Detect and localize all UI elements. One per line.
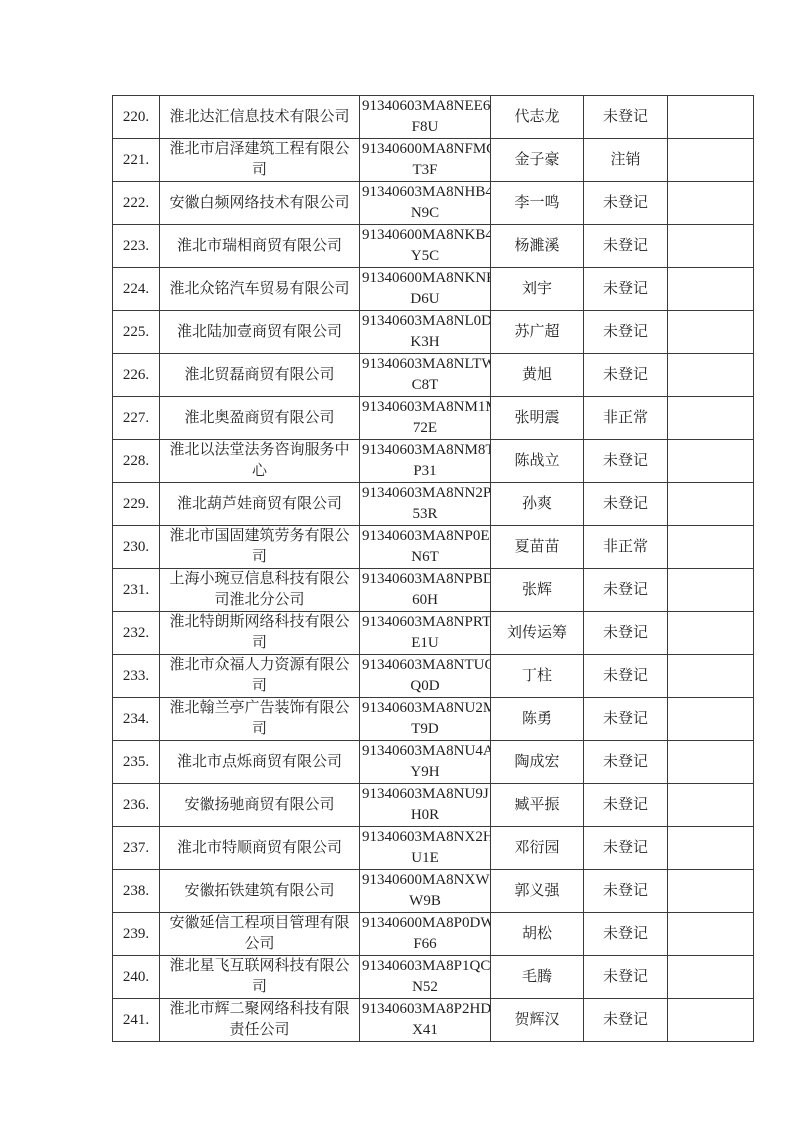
- person-name-cell: 张明震: [491, 397, 584, 440]
- status-cell: 未登记: [584, 784, 668, 827]
- credit-code-cell: 91340600MA8NXW9 W9B: [360, 870, 491, 913]
- table-row: 234. 淮北翰兰亭广告装饰有限公 司 91340603MA8NU2M T9D …: [113, 698, 754, 741]
- person-name-cell: 陈战立: [491, 440, 584, 483]
- remark-cell: [668, 311, 754, 354]
- table-body: 220. 淮北达汇信息技术有限公司 91340603MA8NEE6 F8U 代志…: [113, 96, 754, 1042]
- remark-cell: [668, 354, 754, 397]
- person-name-cell: 丁柱: [491, 655, 584, 698]
- table-row: 233. 淮北市众福人力资源有限公 司 91340603MA8NTUQ Q0D …: [113, 655, 754, 698]
- credit-code-cell: 91340603MA8NU9J H0R: [360, 784, 491, 827]
- status-cell: 未登记: [584, 440, 668, 483]
- row-number-cell: 238.: [113, 870, 160, 913]
- status-cell: 未登记: [584, 698, 668, 741]
- person-name-cell: 刘传运筹: [491, 612, 584, 655]
- credit-code-cell: 91340600MA8NKNF D6U: [360, 268, 491, 311]
- registry-table: 220. 淮北达汇信息技术有限公司 91340603MA8NEE6 F8U 代志…: [112, 95, 754, 1042]
- credit-code-cell: 91340600MA8NKB4 Y5C: [360, 225, 491, 268]
- remark-cell: [668, 268, 754, 311]
- row-number-cell: 224.: [113, 268, 160, 311]
- remark-cell: [668, 440, 754, 483]
- row-number-cell: 234.: [113, 698, 160, 741]
- row-number-cell: 230.: [113, 526, 160, 569]
- credit-code-cell: 91340600MA8NFMG T3F: [360, 139, 491, 182]
- remark-cell: [668, 526, 754, 569]
- status-cell: 未登记: [584, 741, 668, 784]
- table-row: 231. 上海小琬豆信息科技有限公 司淮北分公司 91340603MA8NPBD…: [113, 569, 754, 612]
- table-row: 235. 淮北市点烁商贸有限公司 91340603MA8NU4A Y9H 陶成宏…: [113, 741, 754, 784]
- remark-cell: [668, 999, 754, 1042]
- person-name-cell: 陈勇: [491, 698, 584, 741]
- row-number-cell: 240.: [113, 956, 160, 999]
- row-number-cell: 237.: [113, 827, 160, 870]
- credit-code-cell: 91340603MA8NX2H U1E: [360, 827, 491, 870]
- remark-cell: [668, 913, 754, 956]
- company-name-cell: 淮北翰兰亭广告装饰有限公 司: [160, 698, 360, 741]
- remark-cell: [668, 784, 754, 827]
- remark-cell: [668, 225, 754, 268]
- row-number-cell: 239.: [113, 913, 160, 956]
- company-name-cell: 淮北市辉二聚网络科技有限 责任公司: [160, 999, 360, 1042]
- status-cell: 未登记: [584, 182, 668, 225]
- credit-code-cell: 91340603MA8NLTW C8T: [360, 354, 491, 397]
- company-name-cell: 淮北市启泽建筑工程有限公 司: [160, 139, 360, 182]
- credit-code-cell: 91340603MA8NPRT E1U: [360, 612, 491, 655]
- credit-code-cell: 91340603MA8NTUQ Q0D: [360, 655, 491, 698]
- company-name-cell: 淮北达汇信息技术有限公司: [160, 96, 360, 139]
- table-row: 238. 安徽拓铁建筑有限公司 91340600MA8NXW9 W9B 郭义强 …: [113, 870, 754, 913]
- credit-code-cell: 91340603MA8NL0D K3H: [360, 311, 491, 354]
- person-name-cell: 苏广超: [491, 311, 584, 354]
- company-name-cell: 淮北众铭汽车贸易有限公司: [160, 268, 360, 311]
- credit-code-cell: 91340603MA8NPBD 60H: [360, 569, 491, 612]
- person-name-cell: 金子豪: [491, 139, 584, 182]
- table-row: 236. 安徽扬驰商贸有限公司 91340603MA8NU9J H0R 臧平振 …: [113, 784, 754, 827]
- credit-code-cell: 91340603MA8P2HD X41: [360, 999, 491, 1042]
- person-name-cell: 胡松: [491, 913, 584, 956]
- person-name-cell: 李一鸣: [491, 182, 584, 225]
- status-cell: 非正常: [584, 526, 668, 569]
- company-name-cell: 淮北市点烁商贸有限公司: [160, 741, 360, 784]
- remark-cell: [668, 397, 754, 440]
- table-row: 227. 淮北奥盈商贸有限公司 91340603MA8NM1M 72E 张明震 …: [113, 397, 754, 440]
- status-cell: 未登记: [584, 268, 668, 311]
- table-row: 241. 淮北市辉二聚网络科技有限 责任公司 91340603MA8P2HD X…: [113, 999, 754, 1042]
- company-name-cell: 淮北市众福人力资源有限公 司: [160, 655, 360, 698]
- person-name-cell: 陶成宏: [491, 741, 584, 784]
- credit-code-cell: 91340603MA8NHB4 N9C: [360, 182, 491, 225]
- remark-cell: [668, 698, 754, 741]
- table-row: 222. 安徽白频网络技术有限公司 91340603MA8NHB4 N9C 李一…: [113, 182, 754, 225]
- person-name-cell: 孙爽: [491, 483, 584, 526]
- person-name-cell: 邓衍园: [491, 827, 584, 870]
- person-name-cell: 张辉: [491, 569, 584, 612]
- row-number-cell: 223.: [113, 225, 160, 268]
- status-cell: 未登记: [584, 483, 668, 526]
- table-row: 239. 安徽延信工程项目管理有限 公司 91340600MA8P0DW F66…: [113, 913, 754, 956]
- table-row: 225. 淮北陆加壹商贸有限公司 91340603MA8NL0D K3H 苏广超…: [113, 311, 754, 354]
- remark-cell: [668, 956, 754, 999]
- row-number-cell: 229.: [113, 483, 160, 526]
- credit-code-cell: 91340603MA8NM1M 72E: [360, 397, 491, 440]
- company-name-cell: 淮北贸磊商贸有限公司: [160, 354, 360, 397]
- remark-cell: [668, 655, 754, 698]
- table-row: 228. 淮北以法堂法务咨询服务中 心 91340603MA8NM8T P31 …: [113, 440, 754, 483]
- remark-cell: [668, 96, 754, 139]
- remark-cell: [668, 827, 754, 870]
- status-cell: 非正常: [584, 397, 668, 440]
- table-row: 229. 淮北葫芦娃商贸有限公司 91340603MA8NN2P 53R 孙爽 …: [113, 483, 754, 526]
- person-name-cell: 代志龙: [491, 96, 584, 139]
- company-name-cell: 淮北市国固建筑劳务有限公 司: [160, 526, 360, 569]
- credit-code-cell: 91340603MA8NU2M T9D: [360, 698, 491, 741]
- table-row: 221. 淮北市启泽建筑工程有限公 司 91340600MA8NFMG T3F …: [113, 139, 754, 182]
- table-row: 240. 淮北星飞互联网科技有限公 司 91340603MA8P1QC N52 …: [113, 956, 754, 999]
- remark-cell: [668, 870, 754, 913]
- credit-code-cell: 91340603MA8NU4A Y9H: [360, 741, 491, 784]
- company-name-cell: 安徽扬驰商贸有限公司: [160, 784, 360, 827]
- person-name-cell: 毛腾: [491, 956, 584, 999]
- credit-code-cell: 91340603MA8P1QC N52: [360, 956, 491, 999]
- row-number-cell: 231.: [113, 569, 160, 612]
- status-cell: 未登记: [584, 96, 668, 139]
- person-name-cell: 杨濉溪: [491, 225, 584, 268]
- status-cell: 未登记: [584, 913, 668, 956]
- status-cell: 未登记: [584, 225, 668, 268]
- document-page: 220. 淮北达汇信息技术有限公司 91340603MA8NEE6 F8U 代志…: [0, 0, 793, 1122]
- status-cell: 未登记: [584, 956, 668, 999]
- row-number-cell: 226.: [113, 354, 160, 397]
- remark-cell: [668, 612, 754, 655]
- company-name-cell: 淮北奥盈商贸有限公司: [160, 397, 360, 440]
- person-name-cell: 黄旭: [491, 354, 584, 397]
- company-name-cell: 淮北陆加壹商贸有限公司: [160, 311, 360, 354]
- person-name-cell: 夏苗苗: [491, 526, 584, 569]
- status-cell: 未登记: [584, 354, 668, 397]
- status-cell: 未登记: [584, 827, 668, 870]
- table-row: 226. 淮北贸磊商贸有限公司 91340603MA8NLTW C8T 黄旭 未…: [113, 354, 754, 397]
- company-name-cell: 上海小琬豆信息科技有限公 司淮北分公司: [160, 569, 360, 612]
- table-row: 220. 淮北达汇信息技术有限公司 91340603MA8NEE6 F8U 代志…: [113, 96, 754, 139]
- row-number-cell: 221.: [113, 139, 160, 182]
- credit-code-cell: 91340603MA8NN2P 53R: [360, 483, 491, 526]
- remark-cell: [668, 483, 754, 526]
- credit-code-cell: 91340603MA8NEE6 F8U: [360, 96, 491, 139]
- remark-cell: [668, 139, 754, 182]
- status-cell: 注销: [584, 139, 668, 182]
- person-name-cell: 贺辉汉: [491, 999, 584, 1042]
- table-row: 232. 淮北特朗斯网络科技有限公 司 91340603MA8NPRT E1U …: [113, 612, 754, 655]
- row-number-cell: 228.: [113, 440, 160, 483]
- table-row: 237. 淮北市特顺商贸有限公司 91340603MA8NX2H U1E 邓衍园…: [113, 827, 754, 870]
- table-row: 224. 淮北众铭汽车贸易有限公司 91340600MA8NKNF D6U 刘宇…: [113, 268, 754, 311]
- status-cell: 未登记: [584, 612, 668, 655]
- company-name-cell: 淮北市瑞相商贸有限公司: [160, 225, 360, 268]
- credit-code-cell: 91340603MA8NM8T P31: [360, 440, 491, 483]
- status-cell: 未登记: [584, 569, 668, 612]
- company-name-cell: 安徽白频网络技术有限公司: [160, 182, 360, 225]
- status-cell: 未登记: [584, 655, 668, 698]
- status-cell: 未登记: [584, 870, 668, 913]
- remark-cell: [668, 741, 754, 784]
- row-number-cell: 241.: [113, 999, 160, 1042]
- row-number-cell: 236.: [113, 784, 160, 827]
- status-cell: 未登记: [584, 999, 668, 1042]
- company-name-cell: 安徽延信工程项目管理有限 公司: [160, 913, 360, 956]
- company-name-cell: 淮北特朗斯网络科技有限公 司: [160, 612, 360, 655]
- row-number-cell: 225.: [113, 311, 160, 354]
- person-name-cell: 郭义强: [491, 870, 584, 913]
- remark-cell: [668, 182, 754, 225]
- status-cell: 未登记: [584, 311, 668, 354]
- company-name-cell: 淮北星飞互联网科技有限公 司: [160, 956, 360, 999]
- table-row: 230. 淮北市国固建筑劳务有限公 司 91340603MA8NP0E N6T …: [113, 526, 754, 569]
- row-number-cell: 227.: [113, 397, 160, 440]
- person-name-cell: 臧平振: [491, 784, 584, 827]
- company-name-cell: 淮北葫芦娃商贸有限公司: [160, 483, 360, 526]
- company-name-cell: 安徽拓铁建筑有限公司: [160, 870, 360, 913]
- remark-cell: [668, 569, 754, 612]
- row-number-cell: 235.: [113, 741, 160, 784]
- company-name-cell: 淮北以法堂法务咨询服务中 心: [160, 440, 360, 483]
- row-number-cell: 222.: [113, 182, 160, 225]
- credit-code-cell: 91340603MA8NP0E N6T: [360, 526, 491, 569]
- credit-code-cell: 91340600MA8P0DW F66: [360, 913, 491, 956]
- company-name-cell: 淮北市特顺商贸有限公司: [160, 827, 360, 870]
- person-name-cell: 刘宇: [491, 268, 584, 311]
- table-row: 223. 淮北市瑞相商贸有限公司 91340600MA8NKB4 Y5C 杨濉溪…: [113, 225, 754, 268]
- row-number-cell: 233.: [113, 655, 160, 698]
- row-number-cell: 232.: [113, 612, 160, 655]
- row-number-cell: 220.: [113, 96, 160, 139]
